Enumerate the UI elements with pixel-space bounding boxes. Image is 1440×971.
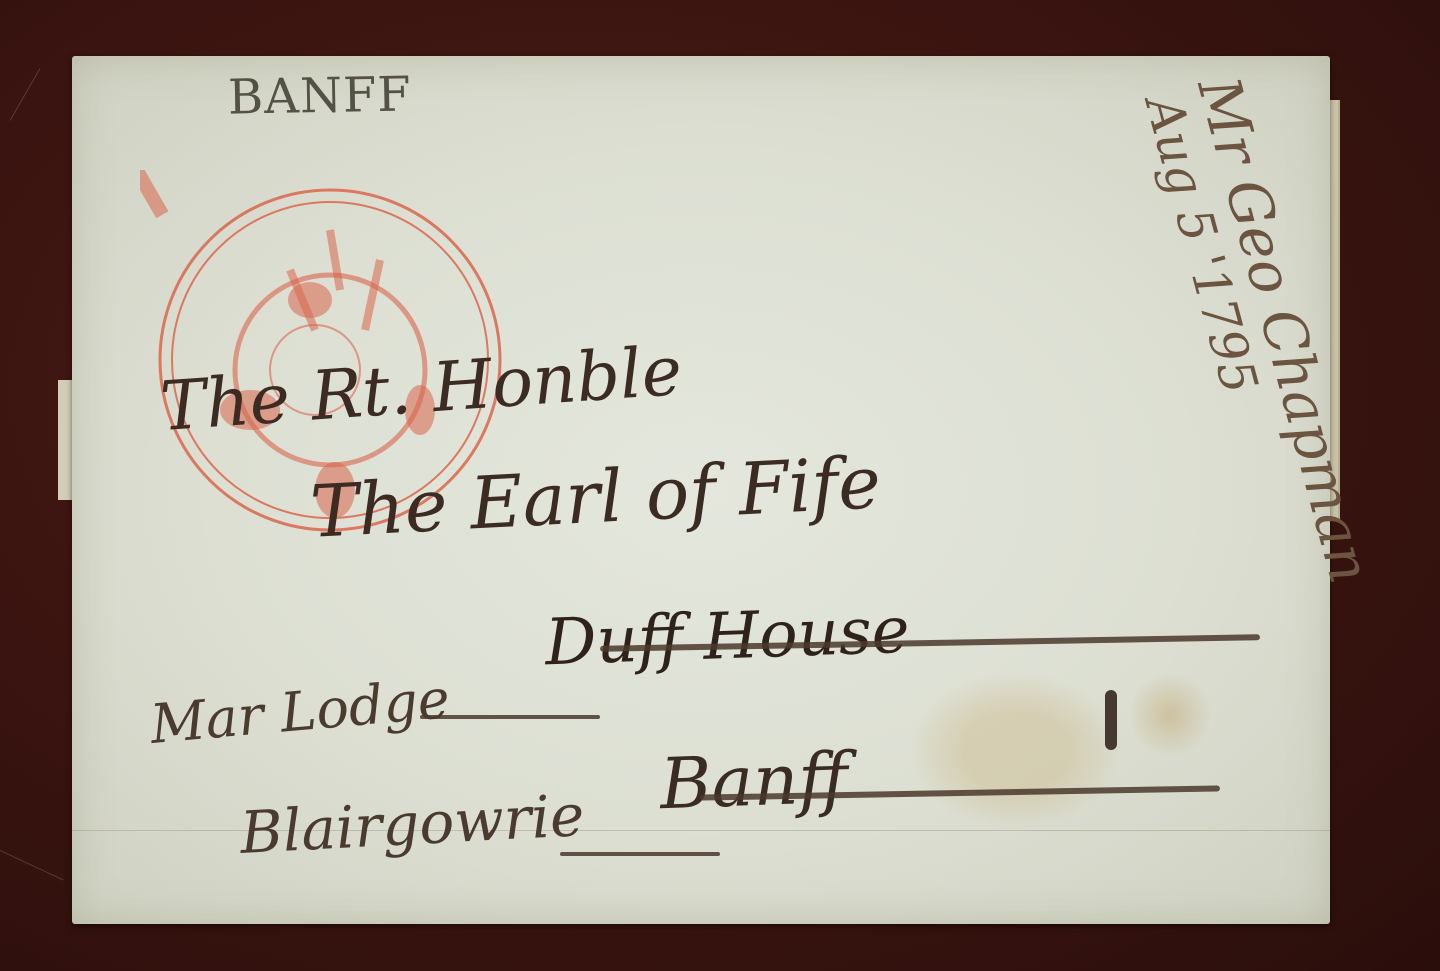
- underline: [420, 715, 600, 719]
- table-scratch: [10, 68, 41, 120]
- address-line-town-struck: Banff: [659, 737, 850, 826]
- ink-blot: [1105, 690, 1117, 750]
- underline: [560, 852, 720, 856]
- docket-note: Mr Geo Chapman Aug 5 '1795: [1150, 70, 1300, 760]
- table-scratch: [0, 850, 64, 880]
- address-line-house-struck: Duff House: [544, 594, 911, 681]
- postmark-banff: BANFF: [228, 66, 412, 125]
